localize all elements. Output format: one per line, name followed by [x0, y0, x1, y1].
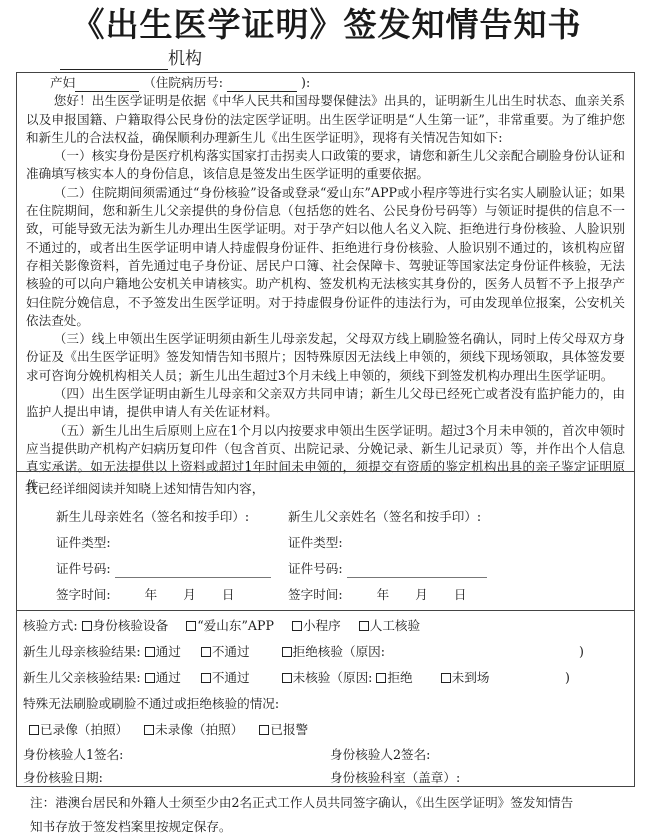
- mother-id-no-row: 证件号码:: [56, 560, 271, 578]
- form-box: 产妇 （住院病历号: ): 您好！出生医学证明是依据《中华人民共和国母婴保健法》…: [16, 72, 635, 787]
- father-option-pass[interactable]: 通过: [145, 670, 181, 685]
- mother-id-no-field[interactable]: [115, 563, 271, 578]
- mother-id-type-label: 证件类型:: [56, 534, 111, 552]
- notice-item-1: （一）核实身份是医疗机构落实国家打击拐卖人口政策的要求，请您和新生儿父亲配合刷脸…: [26, 147, 625, 184]
- father-result-row: 新生儿父亲核验结果: 通过 不通过 未核验（原因: 拒绝 未到场: [23, 669, 489, 687]
- father-day: 日: [454, 587, 467, 602]
- patient-label: 产妇: [50, 75, 75, 90]
- record-no-close: ):: [301, 75, 310, 90]
- checkbox-icon[interactable]: [259, 725, 269, 735]
- method-option-manual[interactable]: 人工核验: [359, 618, 420, 633]
- notice-item-2: （二）住院期间须需通过“身份核验”设备或登录“爱山东”APP或小程序等进行实名实…: [26, 184, 625, 330]
- method-option-miniprogram[interactable]: 小程序: [292, 618, 341, 633]
- checkbox-icon[interactable]: [359, 621, 369, 631]
- mother-year: 年: [145, 587, 158, 602]
- method-option-device[interactable]: 身份核验设备: [82, 618, 169, 633]
- father-reason-refuse[interactable]: 拒绝: [376, 670, 412, 685]
- checkbox-icon[interactable]: [292, 621, 302, 631]
- checkbox-icon[interactable]: [376, 673, 386, 683]
- checkbox-icon[interactable]: [282, 647, 292, 657]
- verification-date[interactable]: 身份核验日期:: [23, 769, 103, 787]
- father-id-no-row: 证件号码:: [288, 560, 487, 578]
- father-result-label: 新生儿父亲核验结果:: [23, 670, 141, 685]
- checkbox-icon[interactable]: [282, 673, 292, 683]
- method-option-app[interactable]: “爱山东”APP: [186, 618, 274, 633]
- mother-day: 日: [222, 587, 235, 602]
- special-case-label: 特殊无法刷脸或刷脸不通过或拒绝核验的情况:: [23, 695, 279, 713]
- father-year: 年: [377, 587, 390, 602]
- checkbox-icon[interactable]: [82, 621, 92, 631]
- mother-reason-close: ): [579, 643, 584, 661]
- notice-section: 产妇 （住院病历号: ): 您好！出生医学证明是依据《中华人民共和国母婴保健法》…: [17, 73, 634, 471]
- verification-section: 核验方式: 身份核验设备 “爱山东”APP 小程序 人工核验 新生儿母亲核验结果…: [17, 610, 634, 788]
- notice-item-4: （四）出生医学证明由新生儿母亲和父亲双方共同申请；新生儿父母已经死亡或者没有监护…: [26, 385, 625, 422]
- institution-line: 机构: [60, 48, 202, 70]
- mother-option-pass[interactable]: 通过: [145, 644, 181, 659]
- verification-dept-stamp[interactable]: 身份核验科室（盖章）:: [330, 769, 460, 787]
- verifier2-signature[interactable]: 身份核验人2签名:: [330, 746, 430, 764]
- acknowledge-statement: 我已经详细阅读并知晓上述知情告知内容，: [25, 480, 264, 498]
- institution-suffix: 机构: [168, 49, 202, 69]
- father-option-fail[interactable]: 不通过: [201, 670, 250, 685]
- mother-result-label: 新生儿母亲核验结果:: [23, 644, 141, 659]
- father-id-no-label: 证件号码:: [288, 561, 343, 576]
- document-title: 《出生医学证明》签发知情告知书: [0, 4, 653, 46]
- footnote-line-1: 注：港澳台居民和外籍人士须至少由2名正式工作人员共同签字确认，《出生医学证明》签…: [30, 794, 573, 812]
- father-reason-close: ): [565, 669, 570, 687]
- footnote-line-2: 知书存放于签发档案里按规定保存。: [30, 818, 232, 836]
- record-no-field[interactable]: [227, 77, 297, 92]
- mother-month: 月: [183, 587, 196, 602]
- patient-name-field[interactable]: [75, 77, 139, 92]
- father-sign-time-label: 签字时间:: [288, 587, 343, 602]
- notice-item-3: （三）线上申领出生医学证明须由新生儿母亲发起，父母双方线上刷脸签名确认，同时上传…: [26, 330, 625, 385]
- father-month: 月: [415, 587, 428, 602]
- checkbox-icon[interactable]: [145, 647, 155, 657]
- father-sign-time-row: 签字时间: 年 月 日: [288, 586, 466, 604]
- checkbox-icon[interactable]: [144, 725, 154, 735]
- institution-name-field[interactable]: [60, 51, 168, 70]
- greeting-paragraph: 您好！出生医学证明是依据《中华人民共和国母婴保健法》出具的，证明新生儿出生时状态…: [26, 92, 625, 147]
- father-id-no-field[interactable]: [347, 563, 487, 578]
- method-label: 核验方式:: [23, 618, 78, 633]
- father-name-label: 新生儿父亲姓名（签名和按手印）:: [288, 508, 481, 526]
- method-row: 核验方式: 身份核验设备 “爱山东”APP 小程序 人工核验: [23, 617, 420, 635]
- mother-name-label: 新生儿母亲姓名（签名和按手印）:: [56, 508, 249, 526]
- checkbox-icon[interactable]: [201, 647, 211, 657]
- mother-option-refuse[interactable]: 拒绝核验（原因:: [282, 644, 385, 659]
- checkbox-icon[interactable]: [29, 725, 39, 735]
- father-id-type-label: 证件类型:: [288, 534, 343, 552]
- mother-result-row: 新生儿母亲核验结果: 通过 不通过 拒绝核验（原因:: [23, 643, 385, 661]
- special-option-recorded[interactable]: 已录像（拍照）: [29, 722, 128, 737]
- checkbox-icon[interactable]: [441, 673, 451, 683]
- father-option-unverified[interactable]: 未核验（原因:: [282, 670, 373, 685]
- patient-line: 产妇 （住院病历号: ):: [26, 74, 625, 92]
- mother-sign-time-row: 签字时间: 年 月 日: [56, 586, 234, 604]
- special-option-not-recorded[interactable]: 未录像（拍照）: [144, 722, 243, 737]
- verifier1-signature[interactable]: 身份核验人1签名:: [23, 746, 123, 764]
- special-options-row: 已录像（拍照） 未录像（拍照） 已报警: [29, 721, 308, 739]
- mother-id-no-label: 证件号码:: [56, 561, 111, 576]
- mother-sign-time-label: 签字时间:: [56, 587, 111, 602]
- checkbox-icon[interactable]: [201, 673, 211, 683]
- mother-option-fail[interactable]: 不通过: [201, 644, 250, 659]
- special-option-reported[interactable]: 已报警: [259, 722, 308, 737]
- acknowledge-section: 我已经详细阅读并知晓上述知情告知内容， 新生儿母亲姓名（签名和按手印）: 证件类…: [17, 471, 634, 610]
- record-no-label: （住院病历号:: [143, 75, 223, 90]
- checkbox-icon[interactable]: [186, 621, 196, 631]
- checkbox-icon[interactable]: [145, 673, 155, 683]
- father-reason-absent[interactable]: 未到场: [441, 670, 490, 685]
